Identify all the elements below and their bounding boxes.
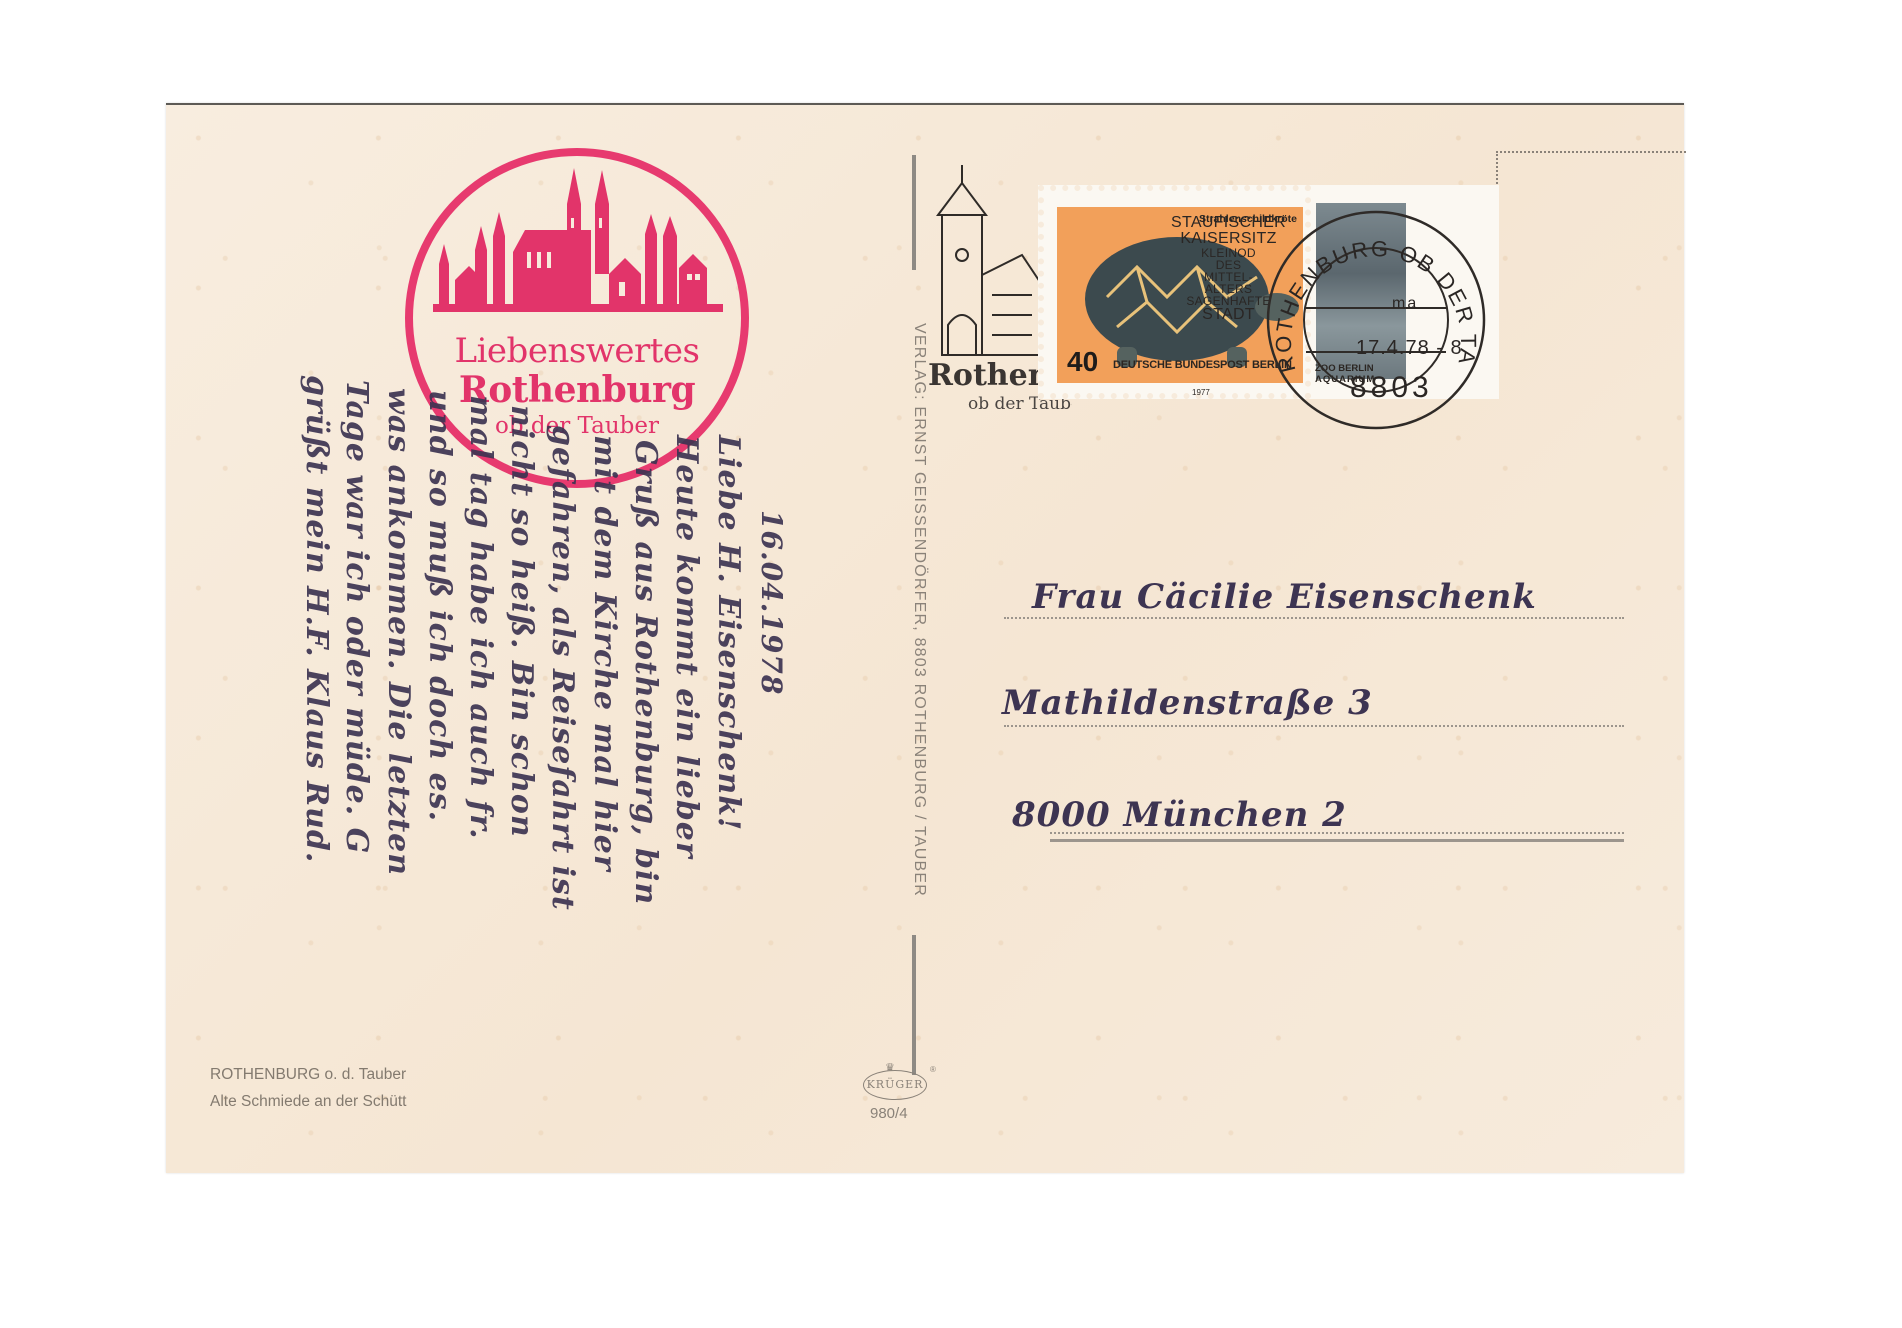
address-rule (1050, 832, 1624, 834)
message-line: was ankommen. Die letzten (381, 388, 416, 876)
picture-caption-subtitle: Alte Schmiede an der Schütt (210, 1093, 406, 1111)
message-line: mal tag habe ich auch fr. (463, 395, 498, 840)
address-rule-solid (1050, 839, 1624, 842)
message-line: grüßt mein H.F. Klaus Rud. (299, 375, 334, 863)
registered-mark: ® (930, 1065, 936, 1074)
center-divider (912, 935, 916, 1075)
postmark-zip: 8803 (1350, 371, 1433, 405)
message-line: Heute kommt ein lieber (669, 435, 704, 859)
message-date: 16.04.1978 (755, 510, 788, 695)
stamp-placement-box (1496, 151, 1686, 359)
postcard: Liebenswertes Rothenburg ob der Tauber 1… (166, 103, 1684, 1173)
center-divider (912, 155, 916, 270)
seal-line-1: Liebenswertes (413, 331, 741, 371)
message-line: gefahren, als Reisefahrt ist (545, 425, 580, 911)
publisher-logo: KRÜGER (863, 1070, 927, 1100)
address-line-city: 8000 München 2 (1012, 795, 1347, 835)
message-line: und so muß ich doch es. (422, 390, 457, 822)
message-line: Gruß aus Rothenburg, bin (628, 440, 663, 905)
address-line-street: Mathildenstraße 3 (1002, 683, 1373, 723)
address-line-recipient: Frau Cäcilie Eisenschenk (1032, 577, 1537, 617)
message-line: Liebe H. Eisenschenk! (711, 435, 746, 831)
message-line: nicht so heiß. Bin schon (504, 405, 539, 838)
catalog-number: 980/4 (870, 1105, 908, 1122)
postmark-date: 17.4.78 - 8 (1356, 337, 1463, 360)
picture-caption-title: ROTHENBURG o. d. Tauber (210, 1066, 406, 1084)
stamp-year: 1977 (1192, 388, 1210, 397)
stamp-value: 40 (1067, 346, 1098, 378)
message-line: mit dem Kirche mal hier (587, 435, 622, 872)
address-rule (1004, 617, 1624, 619)
postmark-code: ma (1392, 295, 1418, 313)
address-rule (1004, 725, 1624, 727)
message-line: Tage war ich oder müde. G (339, 380, 374, 854)
